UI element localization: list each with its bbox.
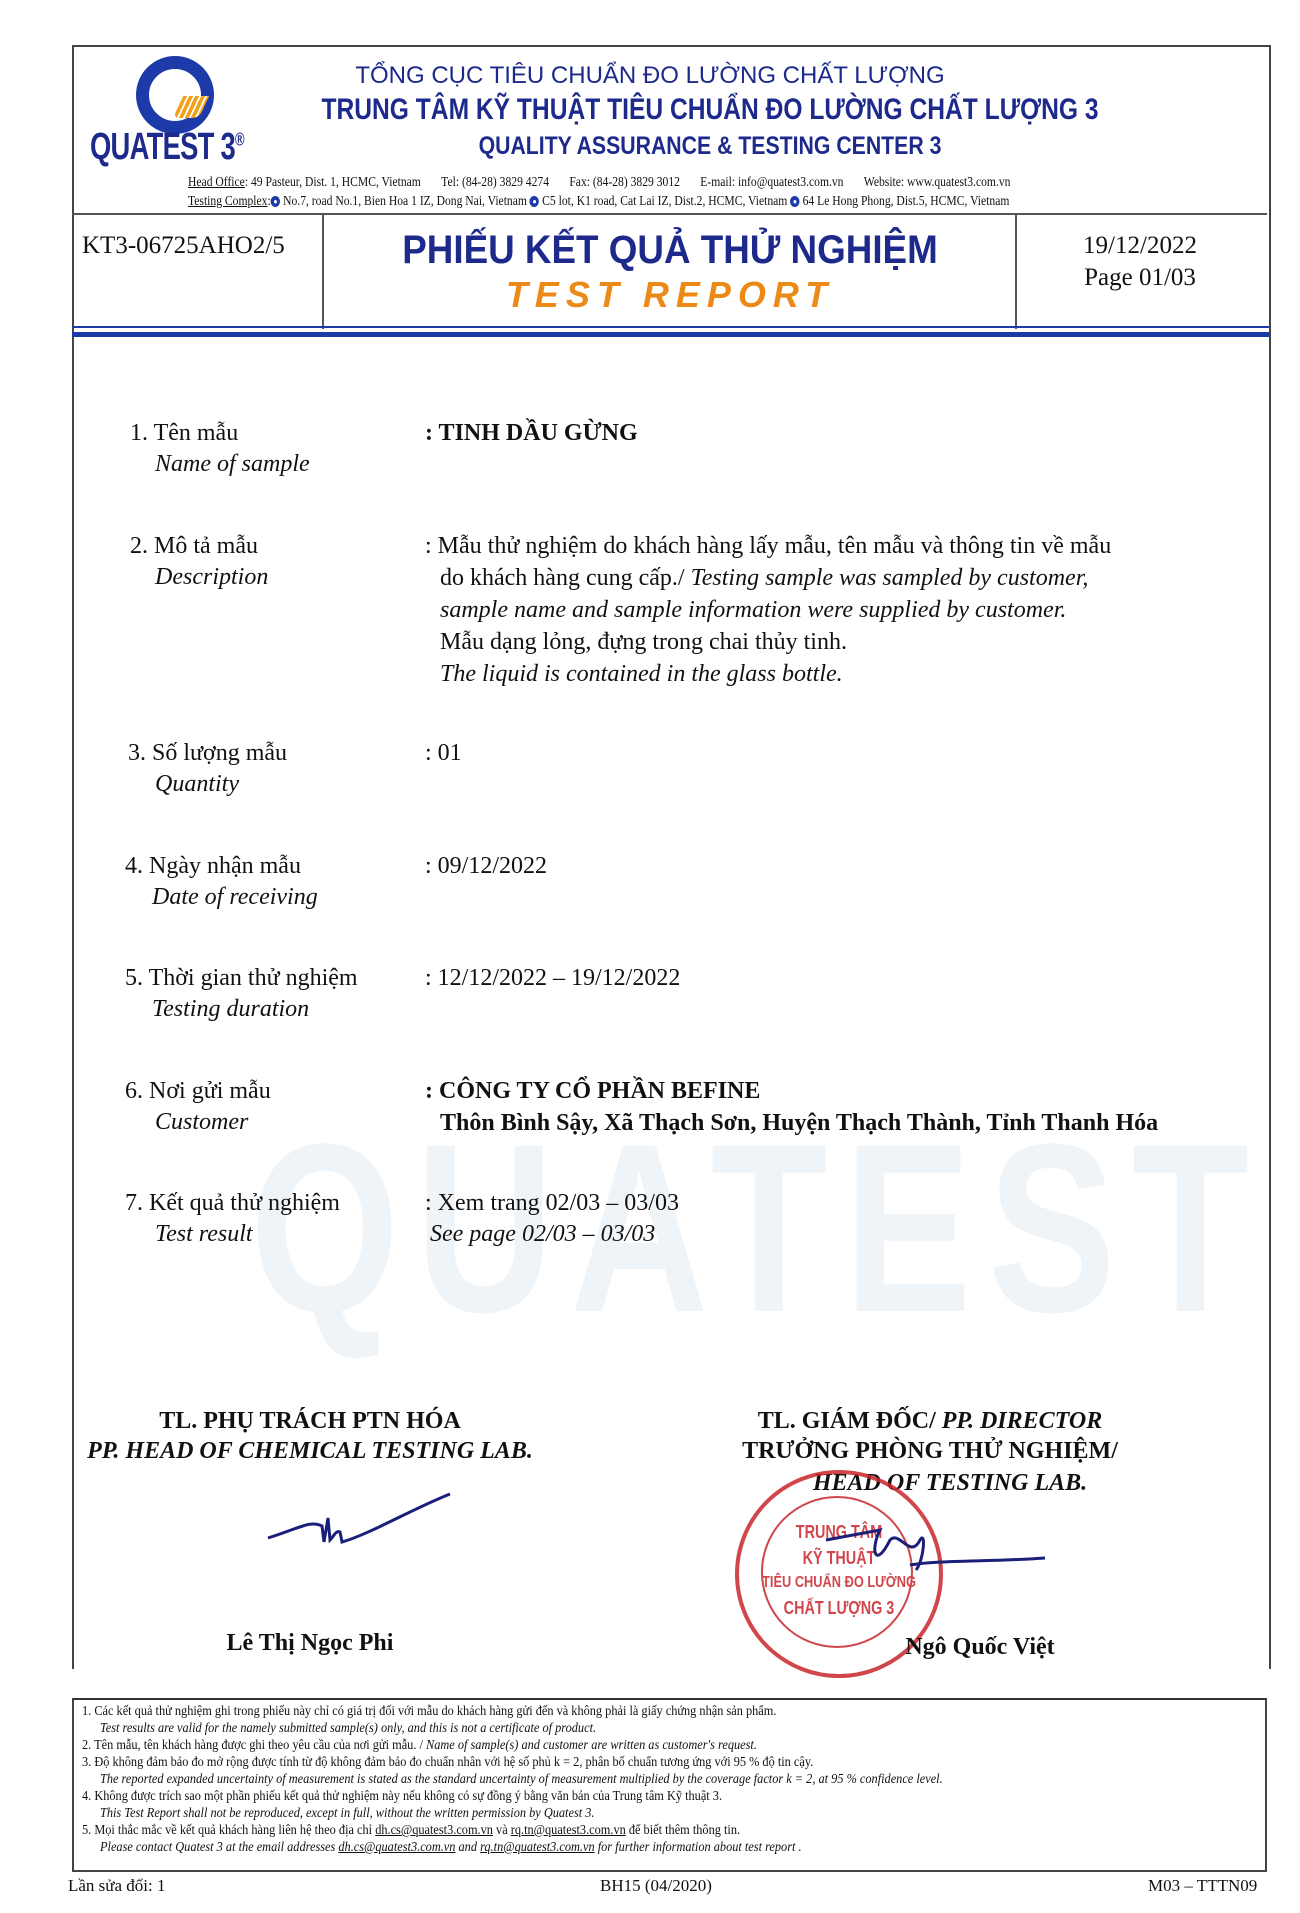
header-rule [72, 326, 1269, 328]
center-name-en: QUALITY ASSURANCE & TESTING CENTER 3 [209, 132, 1212, 161]
sample-name-value: : TINH DẦU GỪNG [425, 420, 638, 447]
form-code: BH15 (04/2020) [600, 1876, 712, 1896]
report-title-en: TEST REPORT [330, 274, 1010, 316]
notes-box: 1. Các kết quả thử nghiệm ghi trong phiế… [72, 1698, 1267, 1872]
location-pin-icon: ● [790, 196, 799, 207]
email-link-rq-tn[interactable]: rq.tn@quatest3.com.vn [480, 1840, 595, 1855]
email: E-mail: info@quatest3.com.vn [700, 174, 843, 189]
header-rule [72, 332, 1269, 337]
email-link-dh-cs[interactable]: dh.cs@quatest3.com.vn [338, 1840, 455, 1855]
signature-icon [260, 1490, 460, 1560]
agency-name: TỔNG CỤC TIÊU CHUẨN ĐO LƯỜNG CHẤT LƯỢNG [0, 62, 1300, 90]
email-link-rq-tn[interactable]: rq.tn@quatest3.com.vn [511, 1823, 626, 1838]
right-signer-title-2: TRƯỞNG PHÒNG THỬ NGHIỆM/ [700, 1438, 1160, 1465]
location-pin-icon: ● [530, 196, 539, 207]
left-signer-name: Lê Thị Ngọc Phi [80, 1630, 540, 1657]
report-title-vi: PHIẾU KẾT QUẢ THỬ NGHIỆM [357, 228, 983, 273]
head-office-label: Head Office [188, 174, 245, 189]
website: Website: www.quatest3.com.vn [864, 174, 1011, 189]
revision-number: Lần sửa đổi: 1 [68, 1876, 166, 1896]
center-name-vi: TRUNG TÂM KỸ THUẬT TIÊU CHUẨN ĐO LƯỜNG C… [226, 93, 1194, 127]
report-date: 19/12/2022 [1020, 232, 1260, 260]
email-link-dh-cs[interactable]: dh.cs@quatest3.com.vn [375, 1823, 493, 1838]
divider [1015, 213, 1017, 329]
report-number: KT3-06725AHO2/5 [82, 232, 285, 260]
tel: Tel: (84-28) 3829 4274 [441, 174, 549, 189]
signature-icon [820, 1510, 1050, 1600]
head-office-line: Head Office: 49 Pasteur, Dist. 1, HCMC, … [188, 174, 1010, 190]
right-signer-name: Ngô Quốc Việt [820, 1634, 1140, 1661]
left-signer-title-en: PP. HEAD OF CHEMICAL TESTING LAB. [80, 1438, 540, 1465]
location-pin-icon: ● [271, 196, 280, 207]
testing-complex-label: Testing Complex [188, 193, 267, 208]
right-signer-title-1: TL. GIÁM ĐỐC/ PP. DIRECTOR [700, 1408, 1160, 1435]
testing-complex-line: Testing Complex:● No.7, road No.1, Bien … [188, 193, 1009, 209]
divider [322, 213, 324, 329]
left-signer-title-vi: TL. PHỤ TRÁCH PTN HÓA [80, 1408, 540, 1435]
fax: Fax: (84-28) 3829 3012 [569, 174, 680, 189]
customer-address: Thôn Bình Sậy, Xã Thạch Sơn, Huyện Thạch… [440, 1110, 1158, 1137]
page-number: Page 01/03 [1020, 264, 1260, 292]
document-code: M03 – TTTN09 [1148, 1876, 1257, 1896]
